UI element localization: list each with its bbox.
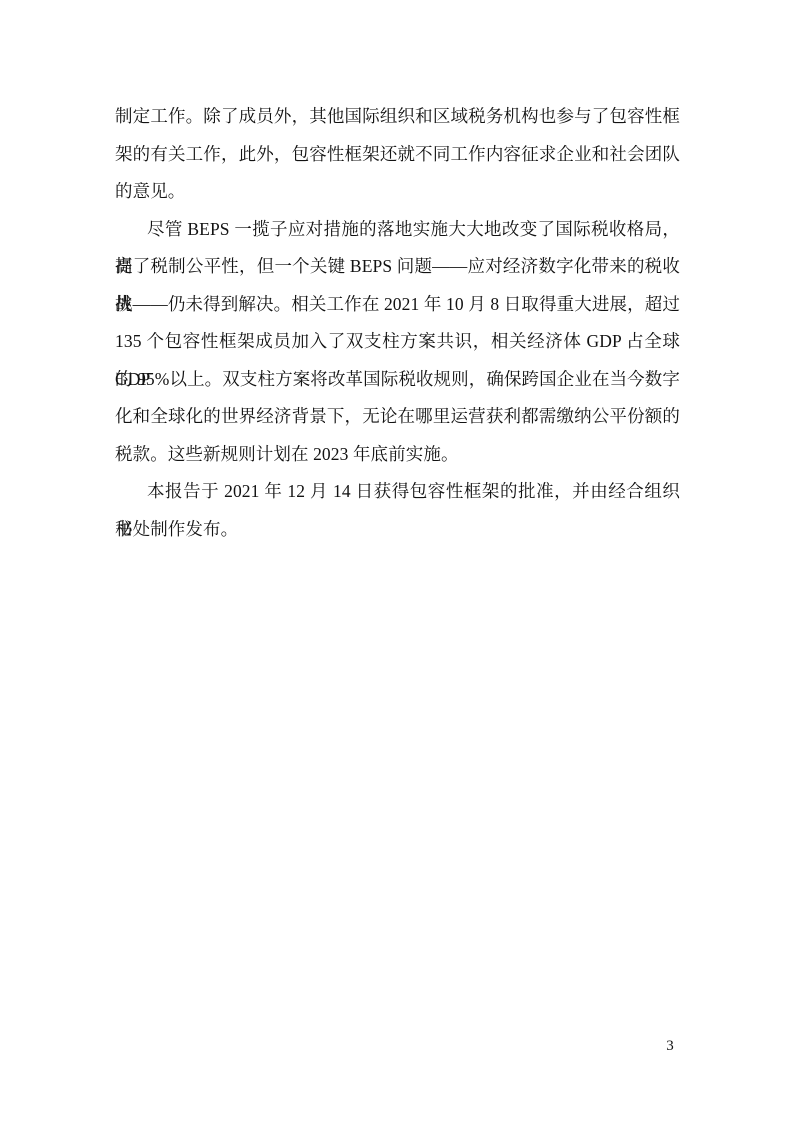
text-line: 税款。这些新规则计划在 2023 年底前实施。: [115, 436, 680, 474]
text-line: 高了税制公平性，但一个关键 BEPS 问题——应对经济数字化带来的税收挑: [115, 248, 680, 286]
text-line: 化和全球化的世界经济背景下，无论在哪里运营获利都需缴纳公平份额的: [115, 398, 680, 436]
text-line: 书处制作发布。: [115, 511, 680, 549]
text-line: 135 个包容性框架成员加入了双支柱方案共识，相关经济体 GDP 占全球 GDP: [115, 323, 680, 361]
text-line: 的意见。: [115, 173, 680, 211]
paragraph: 尽管 BEPS 一揽子应对措施的落地实施大大地改变了国际税收格局，提 高了税制公…: [115, 211, 680, 474]
paragraph: 本报告于 2021 年 12 月 14 日获得包容性框架的批准，并由经合组织秘 …: [115, 473, 680, 548]
text-block: 制定工作。除了成员外，其他国际组织和区域税务机构也参与了包容性框 架的有关工作，…: [115, 98, 680, 548]
text-line: 的 95%以上。双支柱方案将改革国际税收规则，确保跨国企业在当今数字: [115, 361, 680, 399]
text-line: 战——仍未得到解决。相关工作在 2021 年 10 月 8 日取得重大进展，超过: [115, 286, 680, 324]
text-line: 尽管 BEPS 一揽子应对措施的落地实施大大地改变了国际税收格局，提: [115, 211, 680, 249]
text-line: 制定工作。除了成员外，其他国际组织和区域税务机构也参与了包容性框: [115, 98, 680, 136]
paragraph: 制定工作。除了成员外，其他国际组织和区域税务机构也参与了包容性框 架的有关工作，…: [115, 98, 680, 211]
document-page: 制定工作。除了成员外，其他国际组织和区域税务机构也参与了包容性框 架的有关工作，…: [0, 0, 794, 1123]
text-line: 架的有关工作，此外，包容性框架还就不同工作内容征求企业和社会团队: [115, 136, 680, 174]
text-line: 本报告于 2021 年 12 月 14 日获得包容性框架的批准，并由经合组织秘: [115, 473, 680, 511]
page-number: 3: [660, 1036, 680, 1056]
